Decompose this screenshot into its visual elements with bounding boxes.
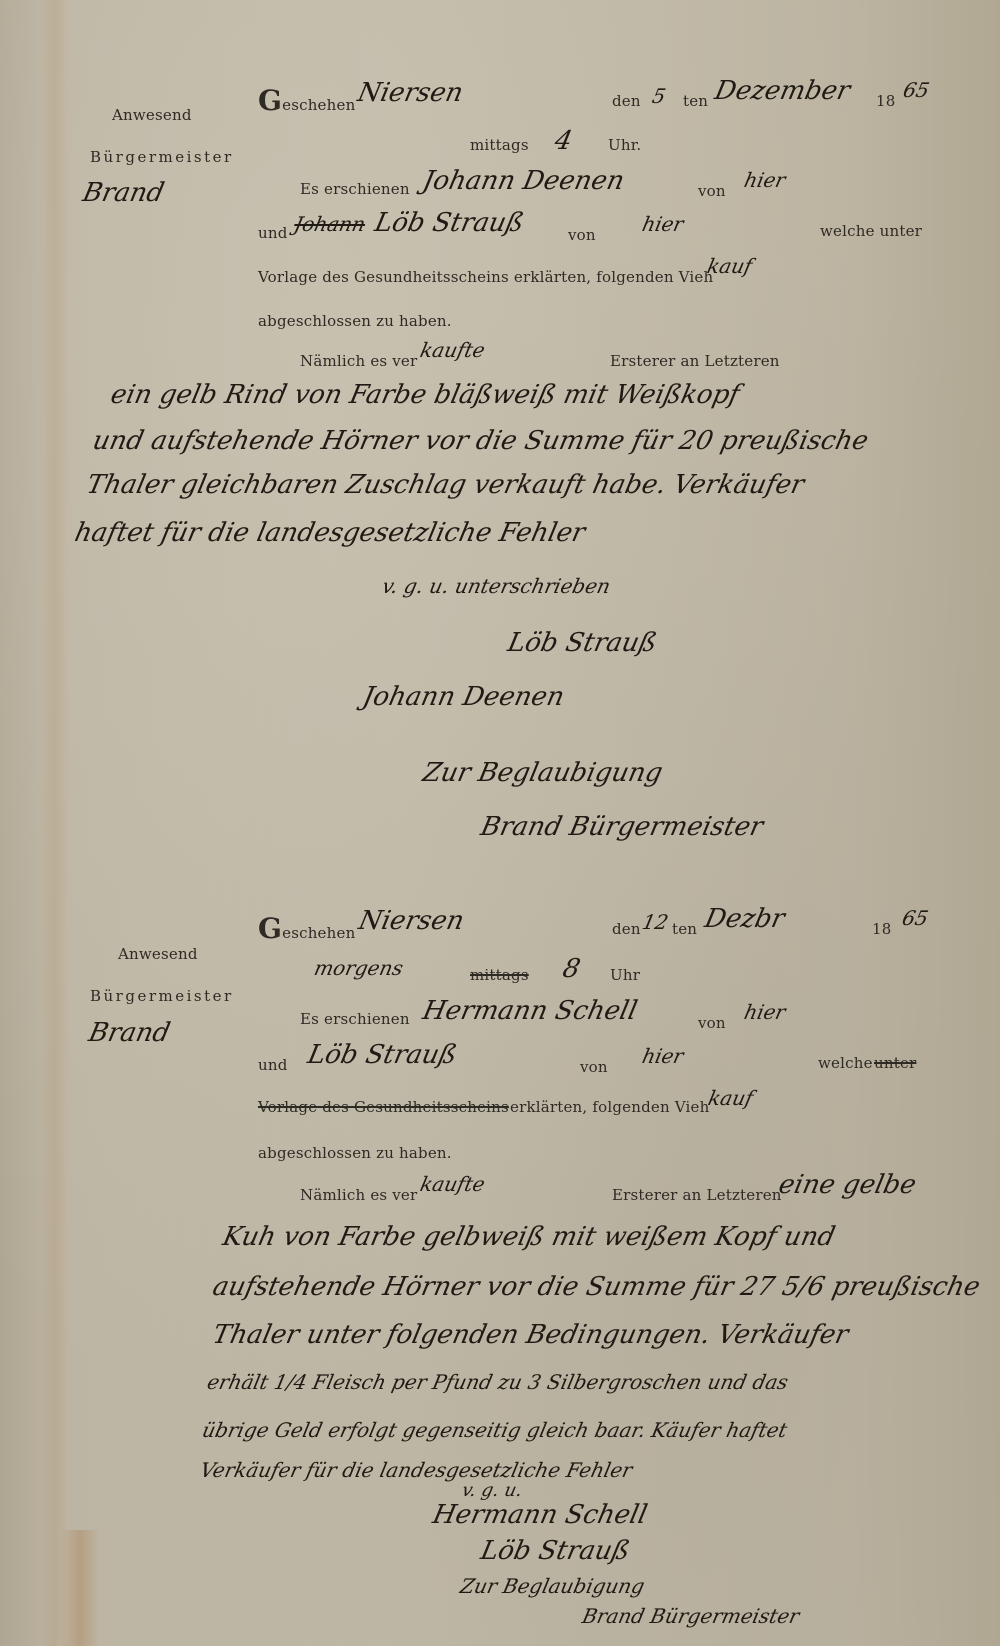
done-label: Geschehen — [258, 912, 355, 945]
namely-label: Nämlich es ver — [300, 352, 417, 370]
body-line-4: haftet für die landesgesetzliche Fehler — [72, 518, 588, 548]
namely-continuation: eine gelbe — [776, 1170, 919, 1200]
margin-present-label: Anwesend — [112, 106, 192, 124]
place: Niersen — [355, 78, 466, 108]
signature-4: Brand Bürgermeister — [580, 1604, 802, 1628]
party2-von-label: von — [568, 226, 596, 244]
party1: Hermann Schell — [420, 996, 640, 1026]
year-prefix: 18 — [876, 92, 896, 110]
welche-label: welche — [818, 1054, 873, 1072]
welche-label: welche unter — [820, 222, 922, 240]
body-line-4: erhält 1/4 Fleisch per Pfund zu 3 Silber… — [205, 1370, 790, 1394]
namely-label-b: Ersterer an Letzteren — [612, 1186, 782, 1204]
margin-mayor-signature: Brand — [86, 1018, 173, 1048]
party1-von-label: von — [698, 182, 726, 200]
unter-struck: unter — [874, 1054, 916, 1072]
body-line-1: ein gelb Rind von Farbe bläßweiß mit Wei… — [108, 380, 742, 410]
party2: Löb Strauß — [305, 1040, 460, 1070]
day: 12 — [640, 910, 671, 934]
year-prefix: 18 — [872, 920, 892, 938]
signature-1: Löb Strauß — [505, 628, 660, 658]
margin-present-label: Anwesend — [118, 945, 198, 963]
party1-from: hier — [742, 1000, 788, 1024]
ten-label: ten — [683, 92, 708, 110]
body-line-5: übrige Geld erfolgt gegenseitig gleich b… — [200, 1418, 789, 1442]
party2-from: hier — [640, 1044, 686, 1068]
body-line-2: und aufstehende Hörner vor die Summe für… — [90, 426, 871, 456]
namely-label-b: Ersterer an Letzteren — [610, 352, 780, 370]
uhr-label: Uhr. — [608, 136, 641, 154]
uhr-label: Uhr — [610, 966, 640, 984]
signature-4: Brand Bürgermeister — [478, 812, 766, 842]
place: Niersen — [356, 906, 467, 936]
und-label: und — [258, 224, 288, 242]
time-period: morgens — [312, 956, 405, 980]
den-label: den — [612, 920, 641, 938]
und-label: und — [258, 1056, 288, 1074]
body-line-3: Thaler unter folgenden Bedingungen. Verk… — [210, 1320, 851, 1350]
signature-3: Zur Beglaubigung — [420, 758, 665, 788]
appeared-label: Es erschienen — [300, 180, 410, 198]
body-line-5: v. g. u. unterschrieben — [380, 574, 613, 598]
signature-1: Hermann Schell — [430, 1500, 650, 1530]
document-page: Anwesend Bürgermeister Brand Geschehen N… — [0, 0, 1000, 1646]
signature-vgu: v. g. u. — [460, 1480, 524, 1501]
margin-mayor-label: Bürgermeister — [90, 987, 234, 1005]
certificate-text: Vorlage des Gesundheitsscheins erklärten… — [258, 268, 713, 286]
closing-text: abgeschlossen zu haben. — [258, 1144, 452, 1162]
party1: Johann Deenen — [420, 166, 627, 196]
day: 5 — [650, 84, 668, 108]
body-line-1: Kuh von Farbe gelbweiß mit weißem Kopf u… — [220, 1222, 838, 1252]
time-period-label: mittags — [470, 136, 529, 154]
certificate-text: erklärten, folgenden Vieh — [510, 1098, 709, 1116]
appeared-label: Es erschienen — [300, 1010, 410, 1028]
signature-2: Johann Deenen — [360, 682, 567, 712]
paper-stain — [40, 0, 70, 1646]
month: Dezember — [712, 76, 853, 106]
ten-label: ten — [672, 920, 697, 938]
signature-2: Löb Strauß — [478, 1536, 633, 1566]
namely-verb: kaufte — [418, 338, 487, 362]
party2: Löb Strauß — [372, 208, 527, 238]
deal-type: kauf — [706, 1086, 755, 1110]
namely-label: Nämlich es ver — [300, 1186, 417, 1204]
margin-mayor-label: Bürgermeister — [90, 148, 234, 166]
hour: 4 — [552, 126, 575, 156]
den-label: den — [612, 92, 641, 110]
party2-struck: Johann — [292, 212, 368, 236]
hour: 8 — [560, 954, 583, 984]
certificate-text-struck: Vorlage des Gesundheitsscheins — [258, 1098, 509, 1116]
month: Dezbr — [702, 904, 787, 934]
body-line-2: aufstehende Hörner vor die Summe für 27 … — [210, 1272, 983, 1302]
party2-from: hier — [640, 212, 686, 236]
closing-text: abgeschlossen zu haben. — [258, 312, 452, 330]
time-period-struck: mittags — [470, 966, 529, 984]
party1-from: hier — [742, 168, 788, 192]
year-suffix: 65 — [900, 906, 931, 930]
body-line-3: Thaler gleichbaren Zuschlag verkauft hab… — [84, 470, 807, 500]
signature-3: Zur Beglaubigung — [458, 1574, 647, 1598]
deal-type: kauf — [705, 254, 754, 278]
year-suffix: 65 — [901, 78, 932, 102]
party2-von-label: von — [580, 1058, 608, 1076]
body-line-6: Verkäufer für die landesgesetzliche Fehl… — [198, 1458, 635, 1482]
party1-von-label: von — [698, 1014, 726, 1032]
margin-mayor-signature: Brand — [80, 178, 167, 208]
namely-verb: kaufte — [418, 1172, 487, 1196]
done-label: Geschehen — [258, 84, 355, 117]
paper-stain-bottom — [60, 1530, 100, 1646]
